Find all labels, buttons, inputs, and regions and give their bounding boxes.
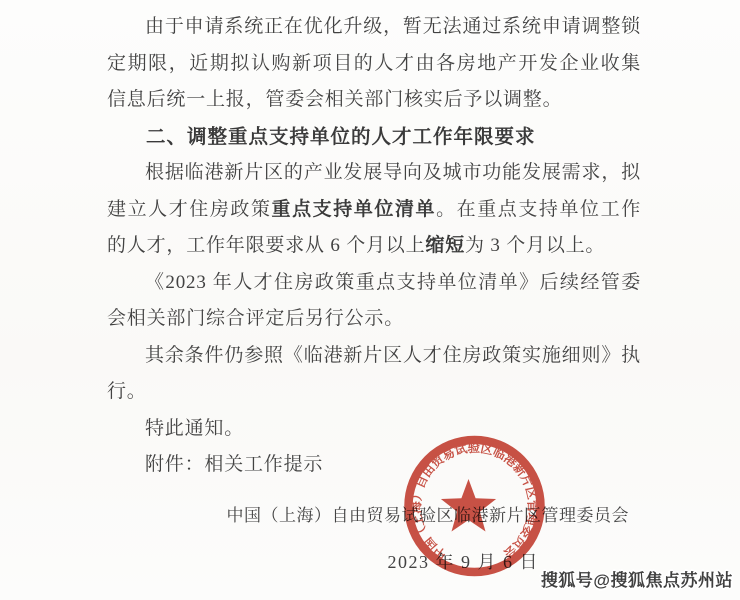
body-text: 附件：相关工作提示 [145,454,323,475]
official-seal: 中国（上海）自由贸易试验区临港新片区管理委员会 [401,434,548,578]
emphasis-text: 重点支持单位清单 [272,199,437,220]
body-text: 其余条件仍参照《临港新片区人才住房政策实施细则》执行。 [107,345,641,403]
paragraph: 其余条件仍参照《临港新片区人才住房政策实施细则》执行。 [107,338,641,411]
paragraph: 特此通知。 [107,411,641,448]
body-text: 由于申请系统正在优化升级，暂无法通过系统申请调整锁定期限，近期拟认购新项目的人才… [107,16,641,110]
paragraph: 附件：相关工作提示 [107,447,641,484]
emphasis-text: 二、调整重点支持单位的人才工作年限要求 [146,126,536,148]
paragraph: 由于申请系统正在优化升级，暂无法通过系统申请调整锁定期限，近期拟认购新项目的人才… [107,9,641,119]
emphasis-text: 缩短 [425,235,465,256]
paragraph: 《2023 年人才住房政策重点支持单位清单》后续经管委会相关部门综合评定后另行公… [107,265,641,338]
section-heading: 二、调整重点支持单位的人才工作年限要求 [107,119,641,156]
watermark-sohu: 搜狐号@搜狐焦点苏州站 [541,566,733,591]
paragraph: 根据临港新片区的产业发展导向及城市功能发展需求，拟建立人才住房政策重点支持单位清… [107,155,641,265]
signature-org: 中国（上海）自由贸易试验区临港新片区管理委员会 [107,503,641,529]
body-text: 《2023 年人才住房政策重点支持单位清单》后续经管委会相关部门综合评定后另行公… [107,272,641,330]
document-body: 由于申请系统正在优化升级，暂无法通过系统申请调整锁定期限，近期拟认购新项目的人才… [107,9,641,484]
star-icon [441,479,496,532]
body-text: 为 3 个月以上。 [465,235,605,256]
body-text: 特此通知。 [145,418,244,439]
document-page: 由于申请系统正在优化升级，暂无法通过系统申请调整锁定期限，近期拟认购新项目的人才… [0,0,740,600]
